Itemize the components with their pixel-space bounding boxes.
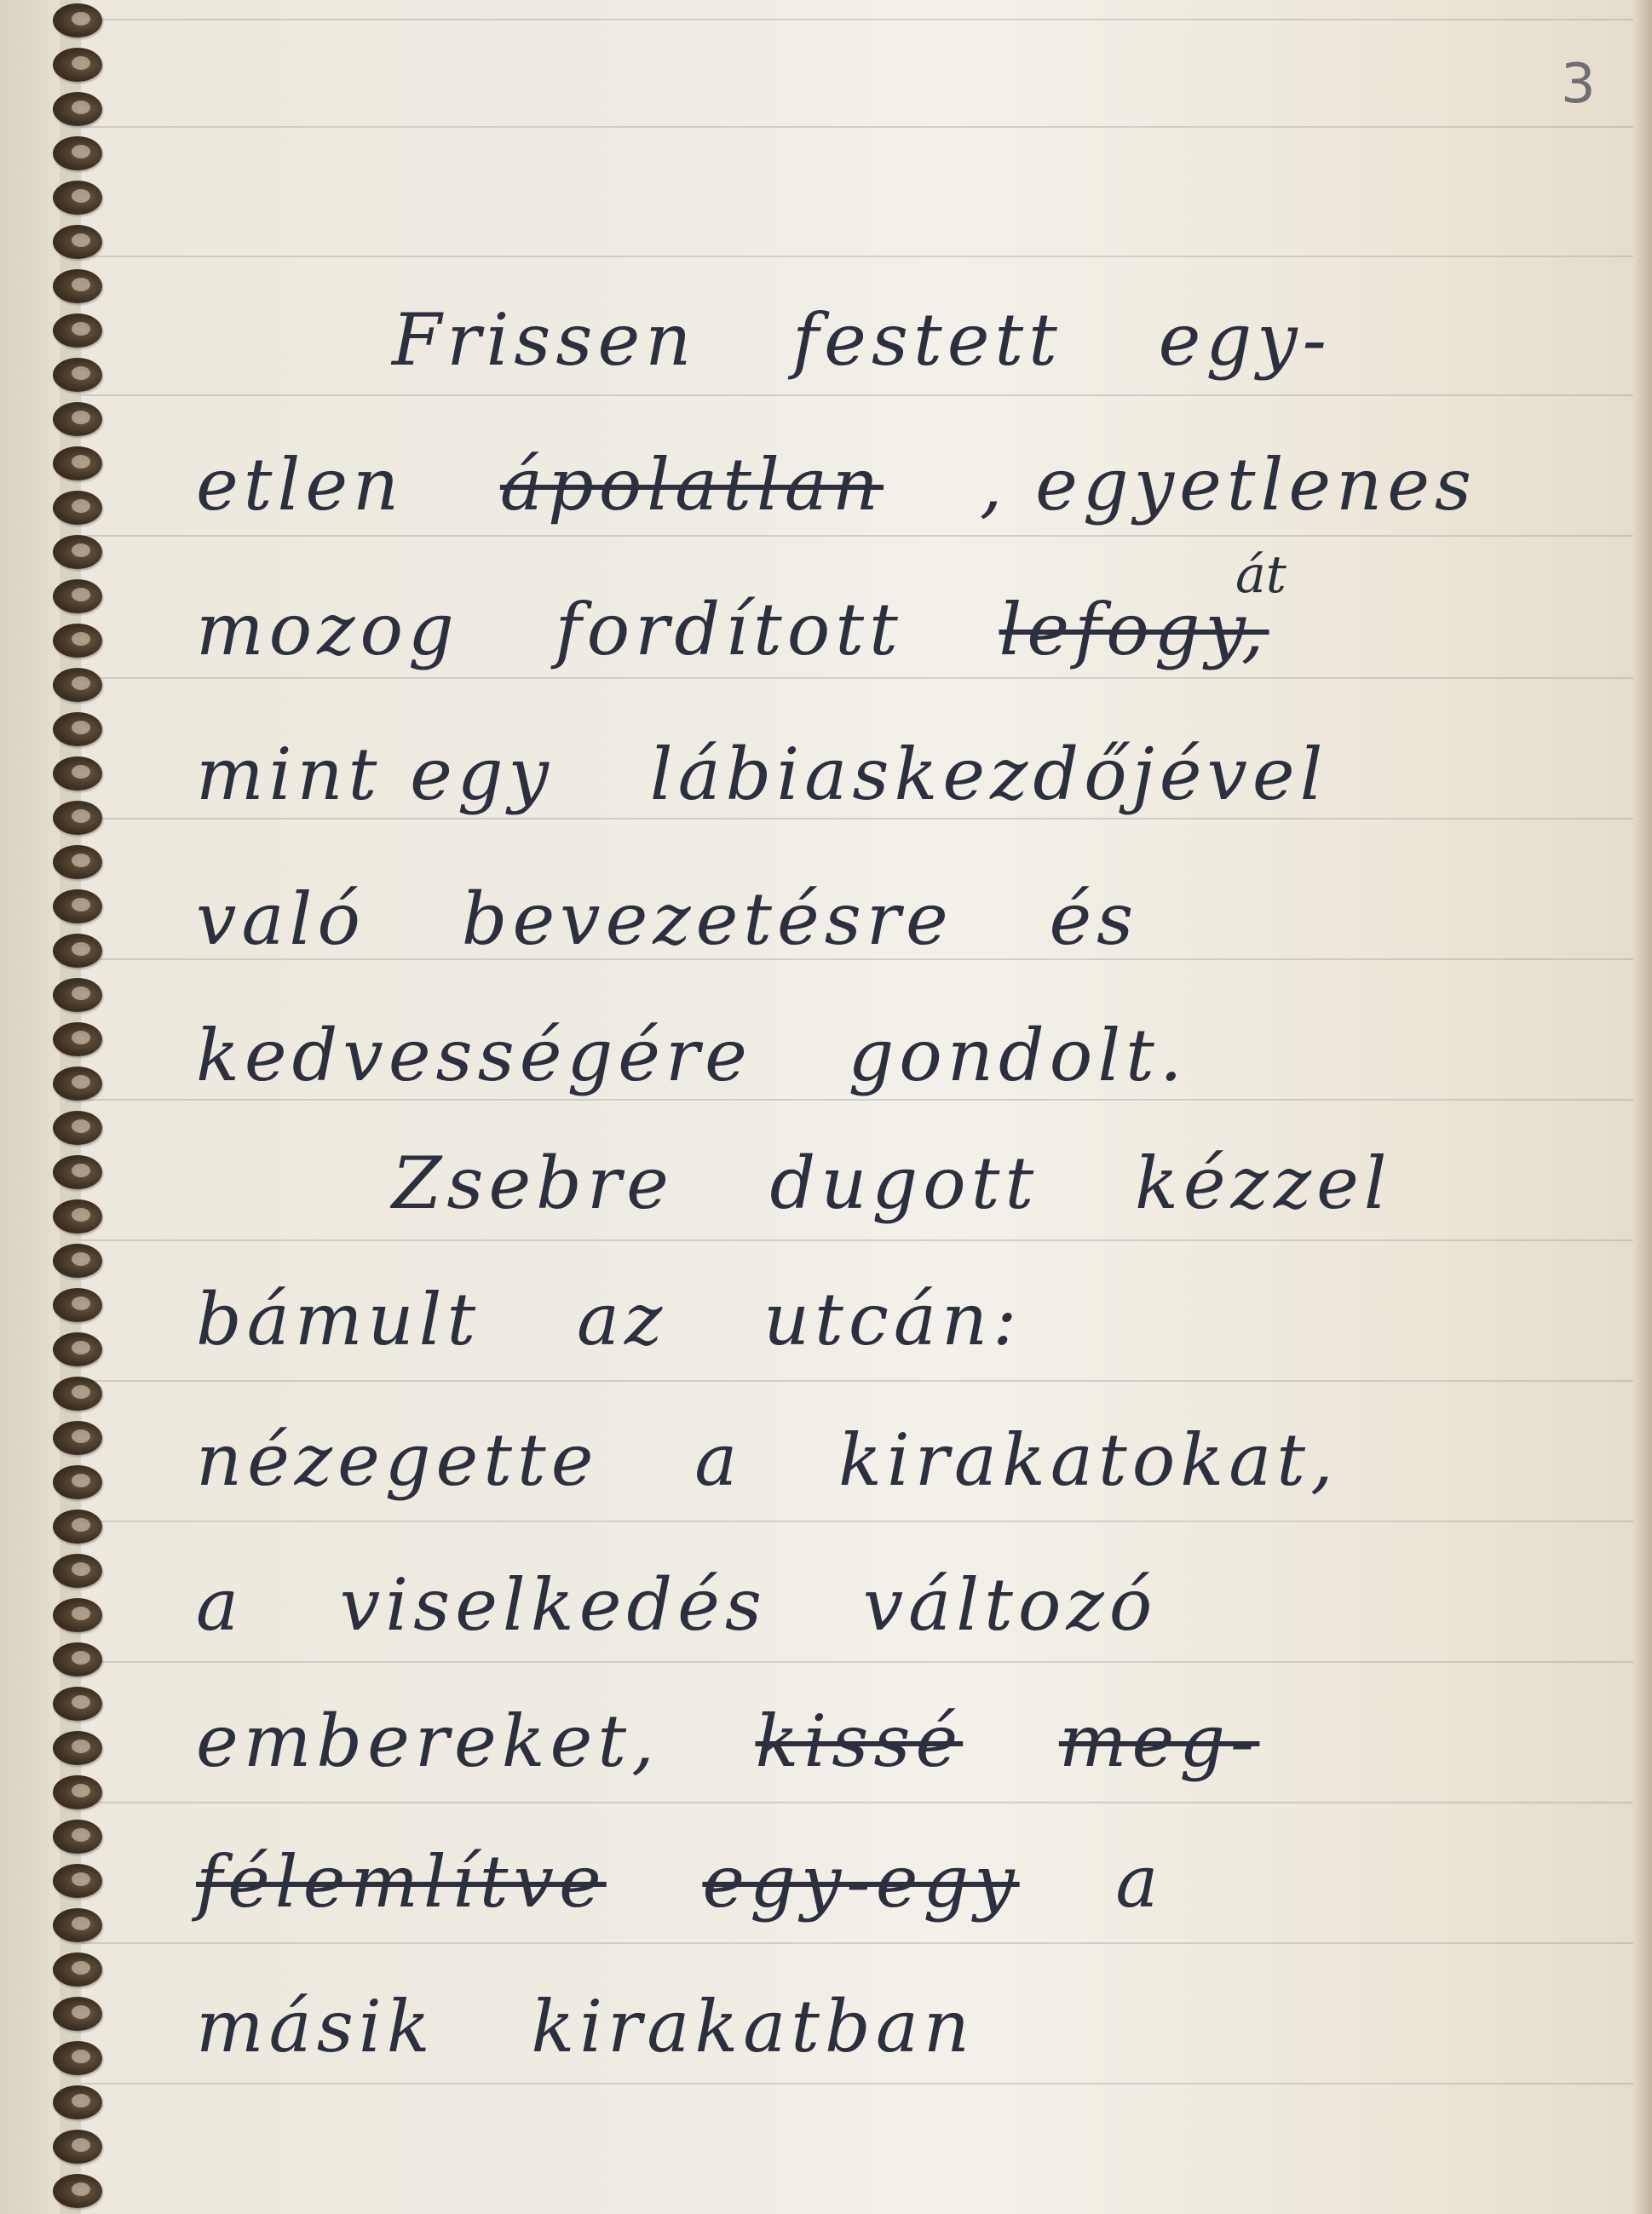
- ruled-line: [81, 1661, 1633, 1663]
- word: másik: [196, 1985, 435, 2068]
- word: lábiaskezdőjével: [650, 733, 1328, 816]
- manuscript-line: bámult az utcán:: [196, 1278, 1090, 1361]
- struck-word: kissé: [755, 1699, 963, 1783]
- ruled-line: [81, 394, 1633, 396]
- word: a: [1115, 1840, 1163, 1924]
- spiral-binding: [53, 0, 112, 2214]
- manuscript-line: való bevezetésre és: [196, 877, 1206, 961]
- ruled-line: [81, 1942, 1633, 1944]
- word: kirakatokat,: [838, 1418, 1338, 1502]
- word: fordított: [555, 588, 903, 671]
- manuscript-line: félemlítve egy-egy a: [196, 1840, 1231, 1924]
- manuscript-line: mint egy lábiaskezdőjével: [196, 733, 1396, 816]
- word: Frissen: [392, 298, 696, 382]
- ruled-line: [81, 1099, 1633, 1101]
- word: mozog: [196, 588, 459, 671]
- ruled-line: [81, 126, 1633, 128]
- word: etlen: [196, 443, 404, 526]
- word: Zsebre: [392, 1142, 674, 1225]
- word: embereket,: [196, 1699, 659, 1783]
- word: viselkedés: [340, 1563, 767, 1647]
- page-number: 3: [1561, 53, 1596, 116]
- manuscript-line: nézegette a kirakatokat,: [196, 1418, 1407, 1502]
- ruled-line: [81, 2083, 1633, 2085]
- manuscript-line: kedvességére gondolt.: [196, 1014, 1256, 1097]
- word: kedvességére: [196, 1014, 752, 1097]
- word: gondolt.: [849, 1014, 1188, 1097]
- word: a: [694, 1418, 742, 1502]
- word: festett: [792, 298, 1062, 382]
- struck-word: félemlítve: [196, 1840, 607, 1924]
- ruled-line: [81, 256, 1633, 257]
- left-page-edge: [0, 0, 60, 2214]
- ruled-line: [81, 1380, 1633, 1382]
- word: és: [1049, 877, 1138, 961]
- manuscript-line: másik kirakatban: [196, 1985, 1043, 2068]
- word: mint egy: [196, 733, 554, 816]
- word: változó: [863, 1563, 1158, 1647]
- word: egy-: [1159, 298, 1332, 382]
- ruled-line: [81, 1239, 1633, 1241]
- word: dugott: [770, 1142, 1039, 1225]
- word: utcán:: [763, 1278, 1022, 1361]
- ruled-line: [81, 19, 1633, 20]
- word: bevezetésre: [462, 877, 953, 961]
- manuscript-line: etlen ápolatlan , egyetlenes: [196, 443, 1545, 526]
- struck-word: egy-egy: [702, 1840, 1019, 1924]
- ruled-line: [81, 535, 1633, 537]
- word: az: [577, 1278, 667, 1361]
- word: bámult: [196, 1278, 481, 1361]
- word: , egyetlenes: [980, 443, 1476, 526]
- word: a: [196, 1563, 244, 1647]
- word: való: [196, 877, 366, 961]
- manuscript-line: Frissen festett egy-: [392, 298, 1400, 382]
- page-right-edge: [1633, 0, 1652, 2214]
- ruled-line: [81, 1521, 1633, 1522]
- manuscript-line: mozog fordított lefogy,: [196, 588, 1338, 671]
- struck-word: ápolatlan: [500, 443, 884, 526]
- ruled-line: [81, 818, 1633, 819]
- manuscript-line: Zsebre dugott kézzel: [392, 1142, 1460, 1225]
- manuscript-line: embereket, kissé meg-: [196, 1699, 1327, 1783]
- manuscript-line: a viselkedés változó: [196, 1563, 1225, 1647]
- struck-word: meg-: [1059, 1699, 1260, 1783]
- word: nézegette: [196, 1418, 598, 1502]
- ruled-line: [81, 677, 1633, 679]
- struck-word: lefogy,: [999, 588, 1269, 671]
- word: kézzel: [1135, 1142, 1392, 1225]
- ruled-line: [81, 1802, 1633, 1803]
- word: kirakatban: [531, 1985, 975, 2068]
